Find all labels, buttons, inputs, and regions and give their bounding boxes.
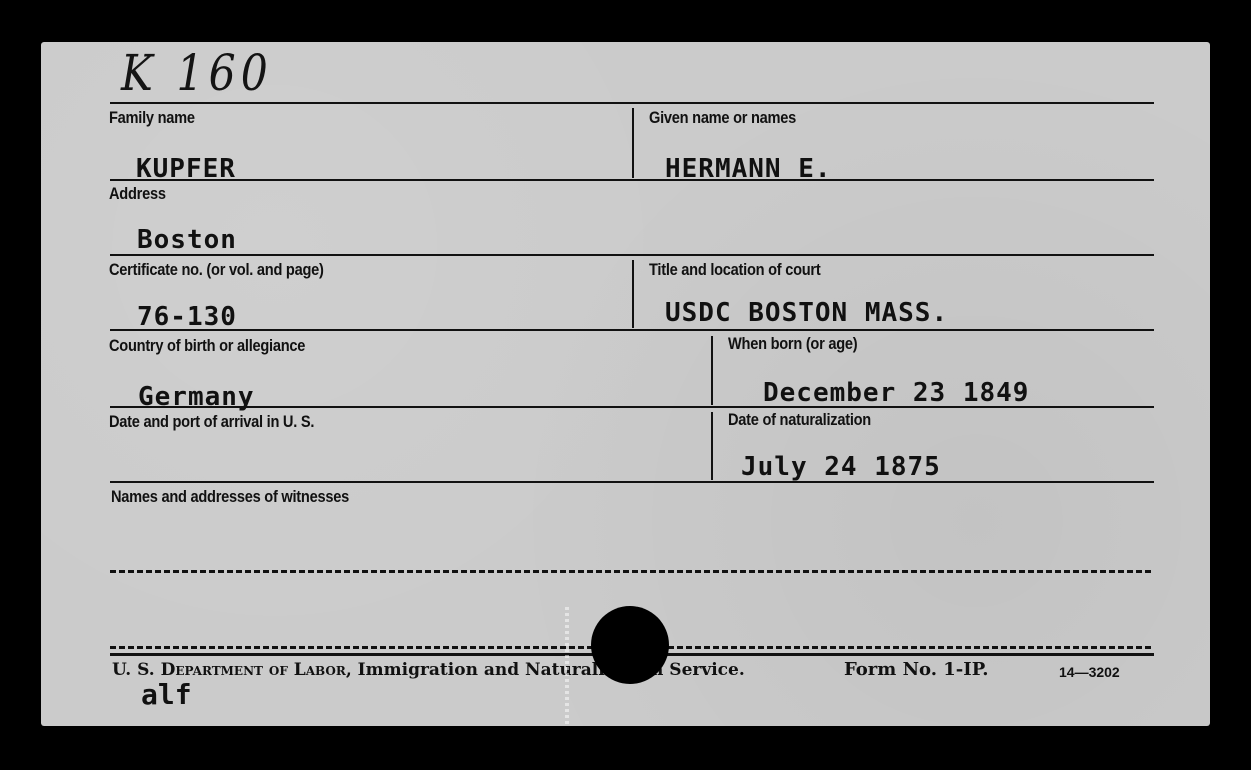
family-name-value: KUPFER bbox=[136, 154, 236, 184]
address-value: Boston bbox=[137, 225, 237, 255]
divider-name bbox=[632, 108, 634, 178]
witnesses-label: Names and addresses of witnesses bbox=[111, 487, 349, 507]
clerk-initials: alf bbox=[141, 678, 192, 711]
rule-1 bbox=[110, 102, 1154, 104]
divider-cert bbox=[632, 260, 634, 328]
agency-prefix: U. S. bbox=[112, 660, 161, 680]
agency-service: Immigration and Naturalization Service. bbox=[352, 660, 745, 680]
handwritten-file-number: K 160 bbox=[121, 44, 273, 102]
family-name-label: Family name bbox=[109, 108, 195, 128]
rule-6 bbox=[110, 481, 1154, 483]
arrival-label: Date and port of arrival in U. S. bbox=[109, 412, 314, 432]
country-of-birth-value: Germany bbox=[138, 382, 255, 412]
naturalization-date-value: July 24 1875 bbox=[741, 452, 941, 482]
when-born-label: When born (or age) bbox=[728, 334, 857, 354]
address-label: Address bbox=[109, 184, 166, 204]
punch-hole bbox=[591, 606, 669, 684]
naturalization-index-card: K 160 Family name KUPFER Given name or n… bbox=[41, 42, 1210, 726]
rule-3 bbox=[110, 254, 1154, 256]
court-label: Title and location of court bbox=[649, 260, 820, 280]
certificate-no-label: Certificate no. (or vol. and page) bbox=[109, 260, 324, 280]
agency-department: Department of Labor, bbox=[161, 660, 352, 680]
court-value: USDC BOSTON MASS. bbox=[665, 298, 948, 328]
certificate-no-value: 76-130 bbox=[137, 302, 237, 332]
country-of-birth-label: Country of birth or allegiance bbox=[109, 336, 305, 356]
naturalization-date-label: Date of naturalization bbox=[728, 410, 871, 430]
print-code: 14—3202 bbox=[1059, 664, 1120, 680]
witness-line-1 bbox=[110, 570, 1154, 573]
rule-4 bbox=[110, 329, 1154, 331]
form-number: Form No. 1-IP. bbox=[844, 659, 989, 680]
rule-2 bbox=[110, 179, 1154, 181]
given-names-label: Given name or names bbox=[649, 108, 796, 128]
divider-arrival bbox=[711, 412, 713, 480]
given-names-value: HERMANN E. bbox=[665, 154, 832, 184]
divider-birth bbox=[711, 336, 713, 405]
when-born-value: December 23 1849 bbox=[763, 378, 1029, 408]
fold-crease bbox=[565, 607, 569, 727]
